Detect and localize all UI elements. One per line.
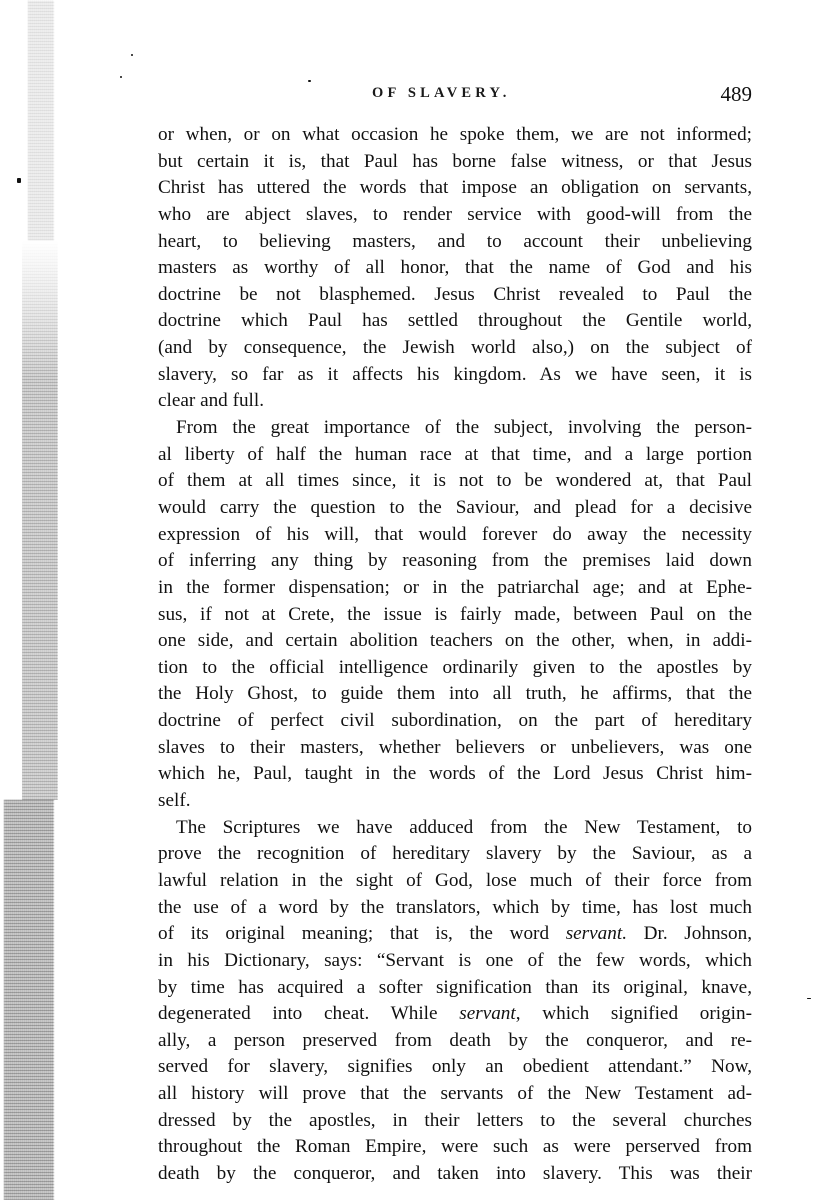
text-line: one side, and certain abolition teachers… (158, 628, 752, 655)
text-line: ally, a person preserved from death by t… (158, 1028, 752, 1055)
text-line: masters as worthy of all honor, that the… (158, 255, 752, 282)
text-line: self. (158, 788, 752, 815)
text-line: slavery, so far as it affects his kingdo… (158, 362, 752, 389)
text-line: of its original meaning; that is, the wo… (158, 921, 752, 948)
text-line: or when, or on what occasion he spoke th… (158, 122, 752, 149)
text-line: all history will prove that the servants… (158, 1081, 752, 1108)
text-line: From the great importance of the subject… (158, 415, 752, 442)
text-line: in his Dictionary, says: “Servant is one… (158, 948, 752, 975)
text-line: but certain it is, that Paul has borne f… (158, 149, 752, 176)
scan-speck (120, 76, 122, 78)
text-fragment: , which signified origin- (516, 1003, 752, 1024)
text-line: Christ has uttered the words that impose… (158, 175, 752, 202)
text-line: (and by consequence, the Jewish world al… (158, 335, 752, 362)
text-line: would carry the question to the Saviour,… (158, 495, 752, 522)
text-line: al liberty of half the human race at tha… (158, 442, 752, 469)
text-line: by time has acquired a softer significat… (158, 975, 752, 1002)
binding-scan-shadow-bottom (4, 800, 54, 1200)
text-line: served for slavery, signifies only an ob… (158, 1054, 752, 1081)
text-line: doctrine be not blasphemed. Jesus Christ… (158, 282, 752, 309)
text-line: the use of a word by the translators, wh… (158, 895, 752, 922)
text-line: slaves to their masters, whether believe… (158, 735, 752, 762)
text-line: of inferring any thing by reasoning from… (158, 548, 752, 575)
text-line: which he, Paul, taught in the words of t… (158, 761, 752, 788)
text-fragment: of its original meaning; that is, the wo… (158, 923, 566, 944)
text-line: throughout the Roman Empire, were such a… (158, 1134, 752, 1161)
text-line: of them at all times since, it is not to… (158, 468, 752, 495)
body-text: or when, or on what occasion he spoke th… (158, 122, 752, 1188)
text-fragment: degenerated into cheat. While (158, 1003, 459, 1024)
text-fragment: Dr. Johnson, (627, 923, 752, 944)
text-line: clear and full. (158, 388, 752, 415)
text-line: doctrine of perfect civil subordination,… (158, 708, 752, 735)
text-line: degenerated into cheat. While servant, w… (158, 1001, 752, 1028)
scan-speck (807, 998, 811, 999)
scan-speck (17, 178, 21, 183)
text-line: death by the conqueror, and taken into s… (158, 1161, 752, 1188)
text-line: in the former dispensation; or in the pa… (158, 575, 752, 602)
page-number: 489 (721, 82, 753, 107)
text-line: prove the recognition of hereditary slav… (158, 841, 752, 868)
scan-speck (131, 54, 133, 56)
text-line: expression of his will, that would forev… (158, 522, 752, 549)
text-line: the Holy Ghost, to guide them into all t… (158, 681, 752, 708)
text-line: doctrine which Paul has settled througho… (158, 308, 752, 335)
text-line: lawful relation in the sight of God, los… (158, 868, 752, 895)
italic-word: servant. (566, 923, 627, 944)
text-line: dressed by the apostles, in their letter… (158, 1108, 752, 1135)
running-head: OF SLAVERY. 489 (158, 82, 752, 110)
text-line: The Scriptures we have adduced from the … (158, 815, 752, 842)
text-line: sus, if not at Crete, the issue is fairl… (158, 602, 752, 629)
running-head-title: OF SLAVERY. (372, 85, 511, 102)
text-line: heart, to believing masters, and to acco… (158, 229, 752, 256)
text-line: who are abject slaves, to render service… (158, 202, 752, 229)
binding-scan-shadow-top (28, 0, 54, 240)
text-line: tion to the official intelligence ordina… (158, 655, 752, 682)
italic-word: servant (459, 1003, 516, 1024)
binding-scan-shadow-middle (22, 240, 58, 800)
